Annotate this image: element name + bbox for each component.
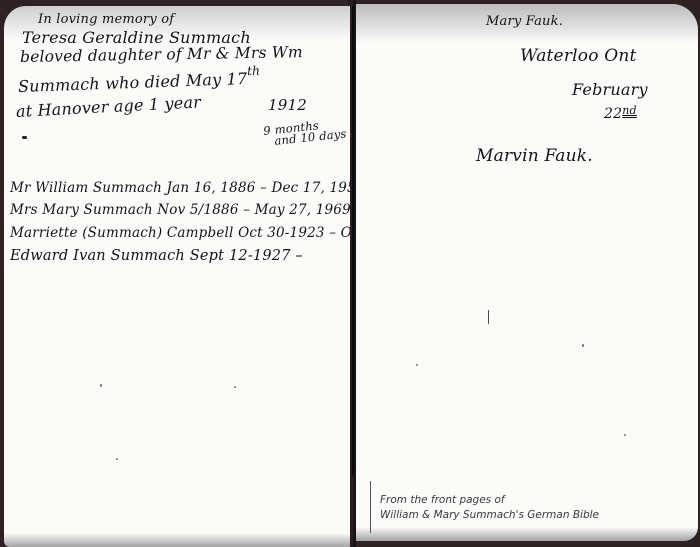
- memorial-age-detail: 9 monthsand 10 days: [263, 117, 347, 147]
- memorial-year: 1912: [268, 96, 307, 114]
- record-row: Mrs Mary Summach Nov 5/1886 – May 27, 19…: [10, 202, 350, 218]
- record-row: Edward Ivan Summach Sept 12-1927 –: [10, 248, 303, 264]
- signature-month: February: [572, 80, 648, 99]
- memorial-heading: In loving memory of: [38, 12, 174, 27]
- binding-edge: [352, 6, 354, 476]
- signature-day: 22nd: [604, 104, 637, 122]
- right-page: Mary Fauk. Waterloo Ont February 22nd Ma…: [356, 4, 698, 541]
- scan-caption: From the front pages of William & Mary S…: [380, 493, 599, 523]
- record-row: Mr William Summach Jan 16, 1886 – Dec 17…: [10, 180, 350, 196]
- signature-name: Mary Fauk.: [486, 14, 563, 29]
- record-row: Marriette (Summach) Campbell Oct 30-1923…: [10, 225, 350, 241]
- memorial-death-date: Summach who died May 17th: [18, 64, 261, 96]
- scanned-document: In loving memory of Teresa Geraldine Sum…: [0, 0, 700, 547]
- signature-location: Waterloo Ont: [520, 46, 637, 66]
- caption-rule: [370, 481, 371, 533]
- ink-mark: [22, 136, 27, 139]
- memorial-place-age: at Hanover age 1 year: [16, 92, 202, 121]
- second-signature: Marvin Fauk.: [476, 146, 593, 166]
- left-page: In loving memory of Teresa Geraldine Sum…: [4, 6, 350, 547]
- memorial-parentage: beloved daughter of Mr & Mrs Wm: [20, 43, 303, 66]
